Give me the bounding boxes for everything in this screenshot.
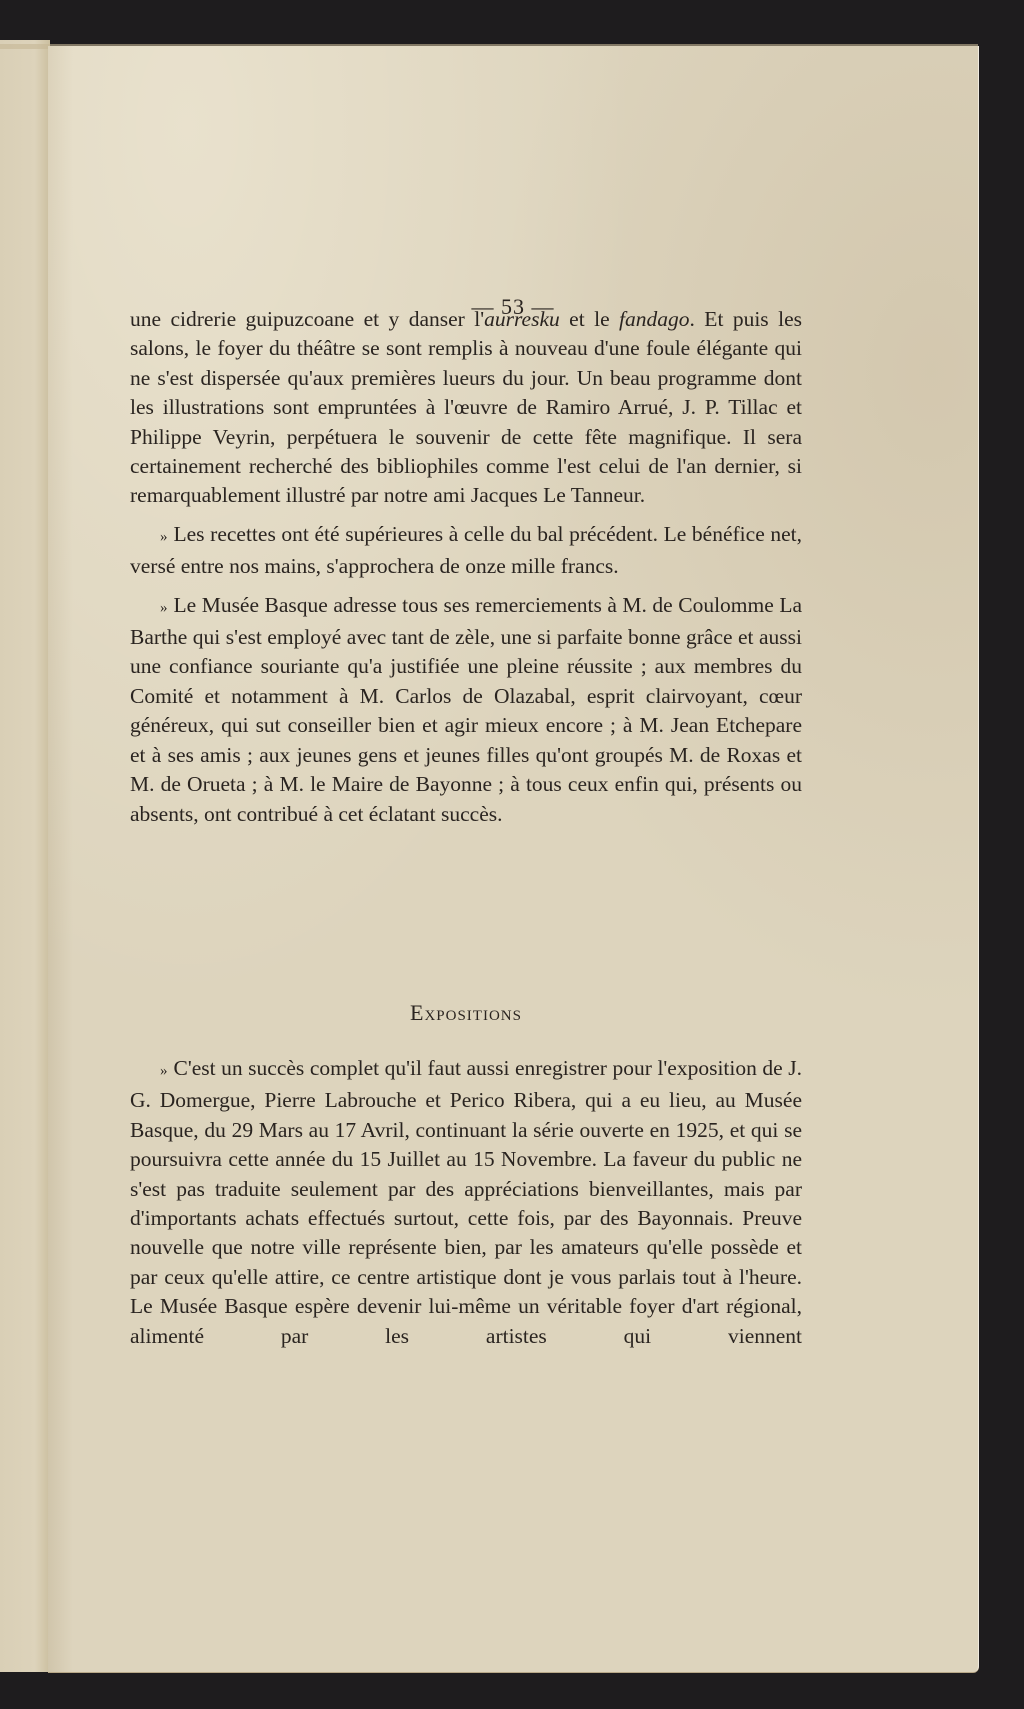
paragraph-4-text: C'est un succès complet qu'il faut aussi… [130,1056,802,1348]
term-aurresku: aurresku [484,307,560,331]
section-heading-expositions: Expositions [130,1000,802,1026]
paragraph-3: »Le Musée Basque adresse tous ses remerc… [130,591,802,829]
paragraph-1-text-c: . Et puis les salons, le foyer du théâtr… [130,307,802,507]
paragraph-2: »Les recettes ont été supérieures à cell… [130,520,802,582]
text-block-bottom: »C'est un succès complet qu'il faut auss… [130,1054,802,1351]
guillemet-mark: » [160,529,168,545]
paragraph-3-text: Le Musée Basque adresse tous ses remerci… [130,593,802,826]
facing-page-edge [0,40,50,1672]
paragraph-1-text-a: une cidrerie guipuzcoane et y danser l' [130,307,484,331]
paragraph-1: une cidrerie guipuzcoane et y danser l'a… [130,305,802,511]
term-fandago: fandago [619,307,689,331]
paragraph-4: »C'est un succès complet qu'il faut auss… [130,1054,802,1351]
guillemet-mark: » [160,1063,168,1079]
book-page: — 53 — [48,46,979,1672]
text-block-top: une cidrerie guipuzcoane et y danser l'a… [130,305,802,829]
paragraph-1-text-b: et le [560,307,619,331]
guillemet-mark: » [160,600,168,616]
paragraph-2-text: Les recettes ont été supérieures à celle… [130,522,802,578]
